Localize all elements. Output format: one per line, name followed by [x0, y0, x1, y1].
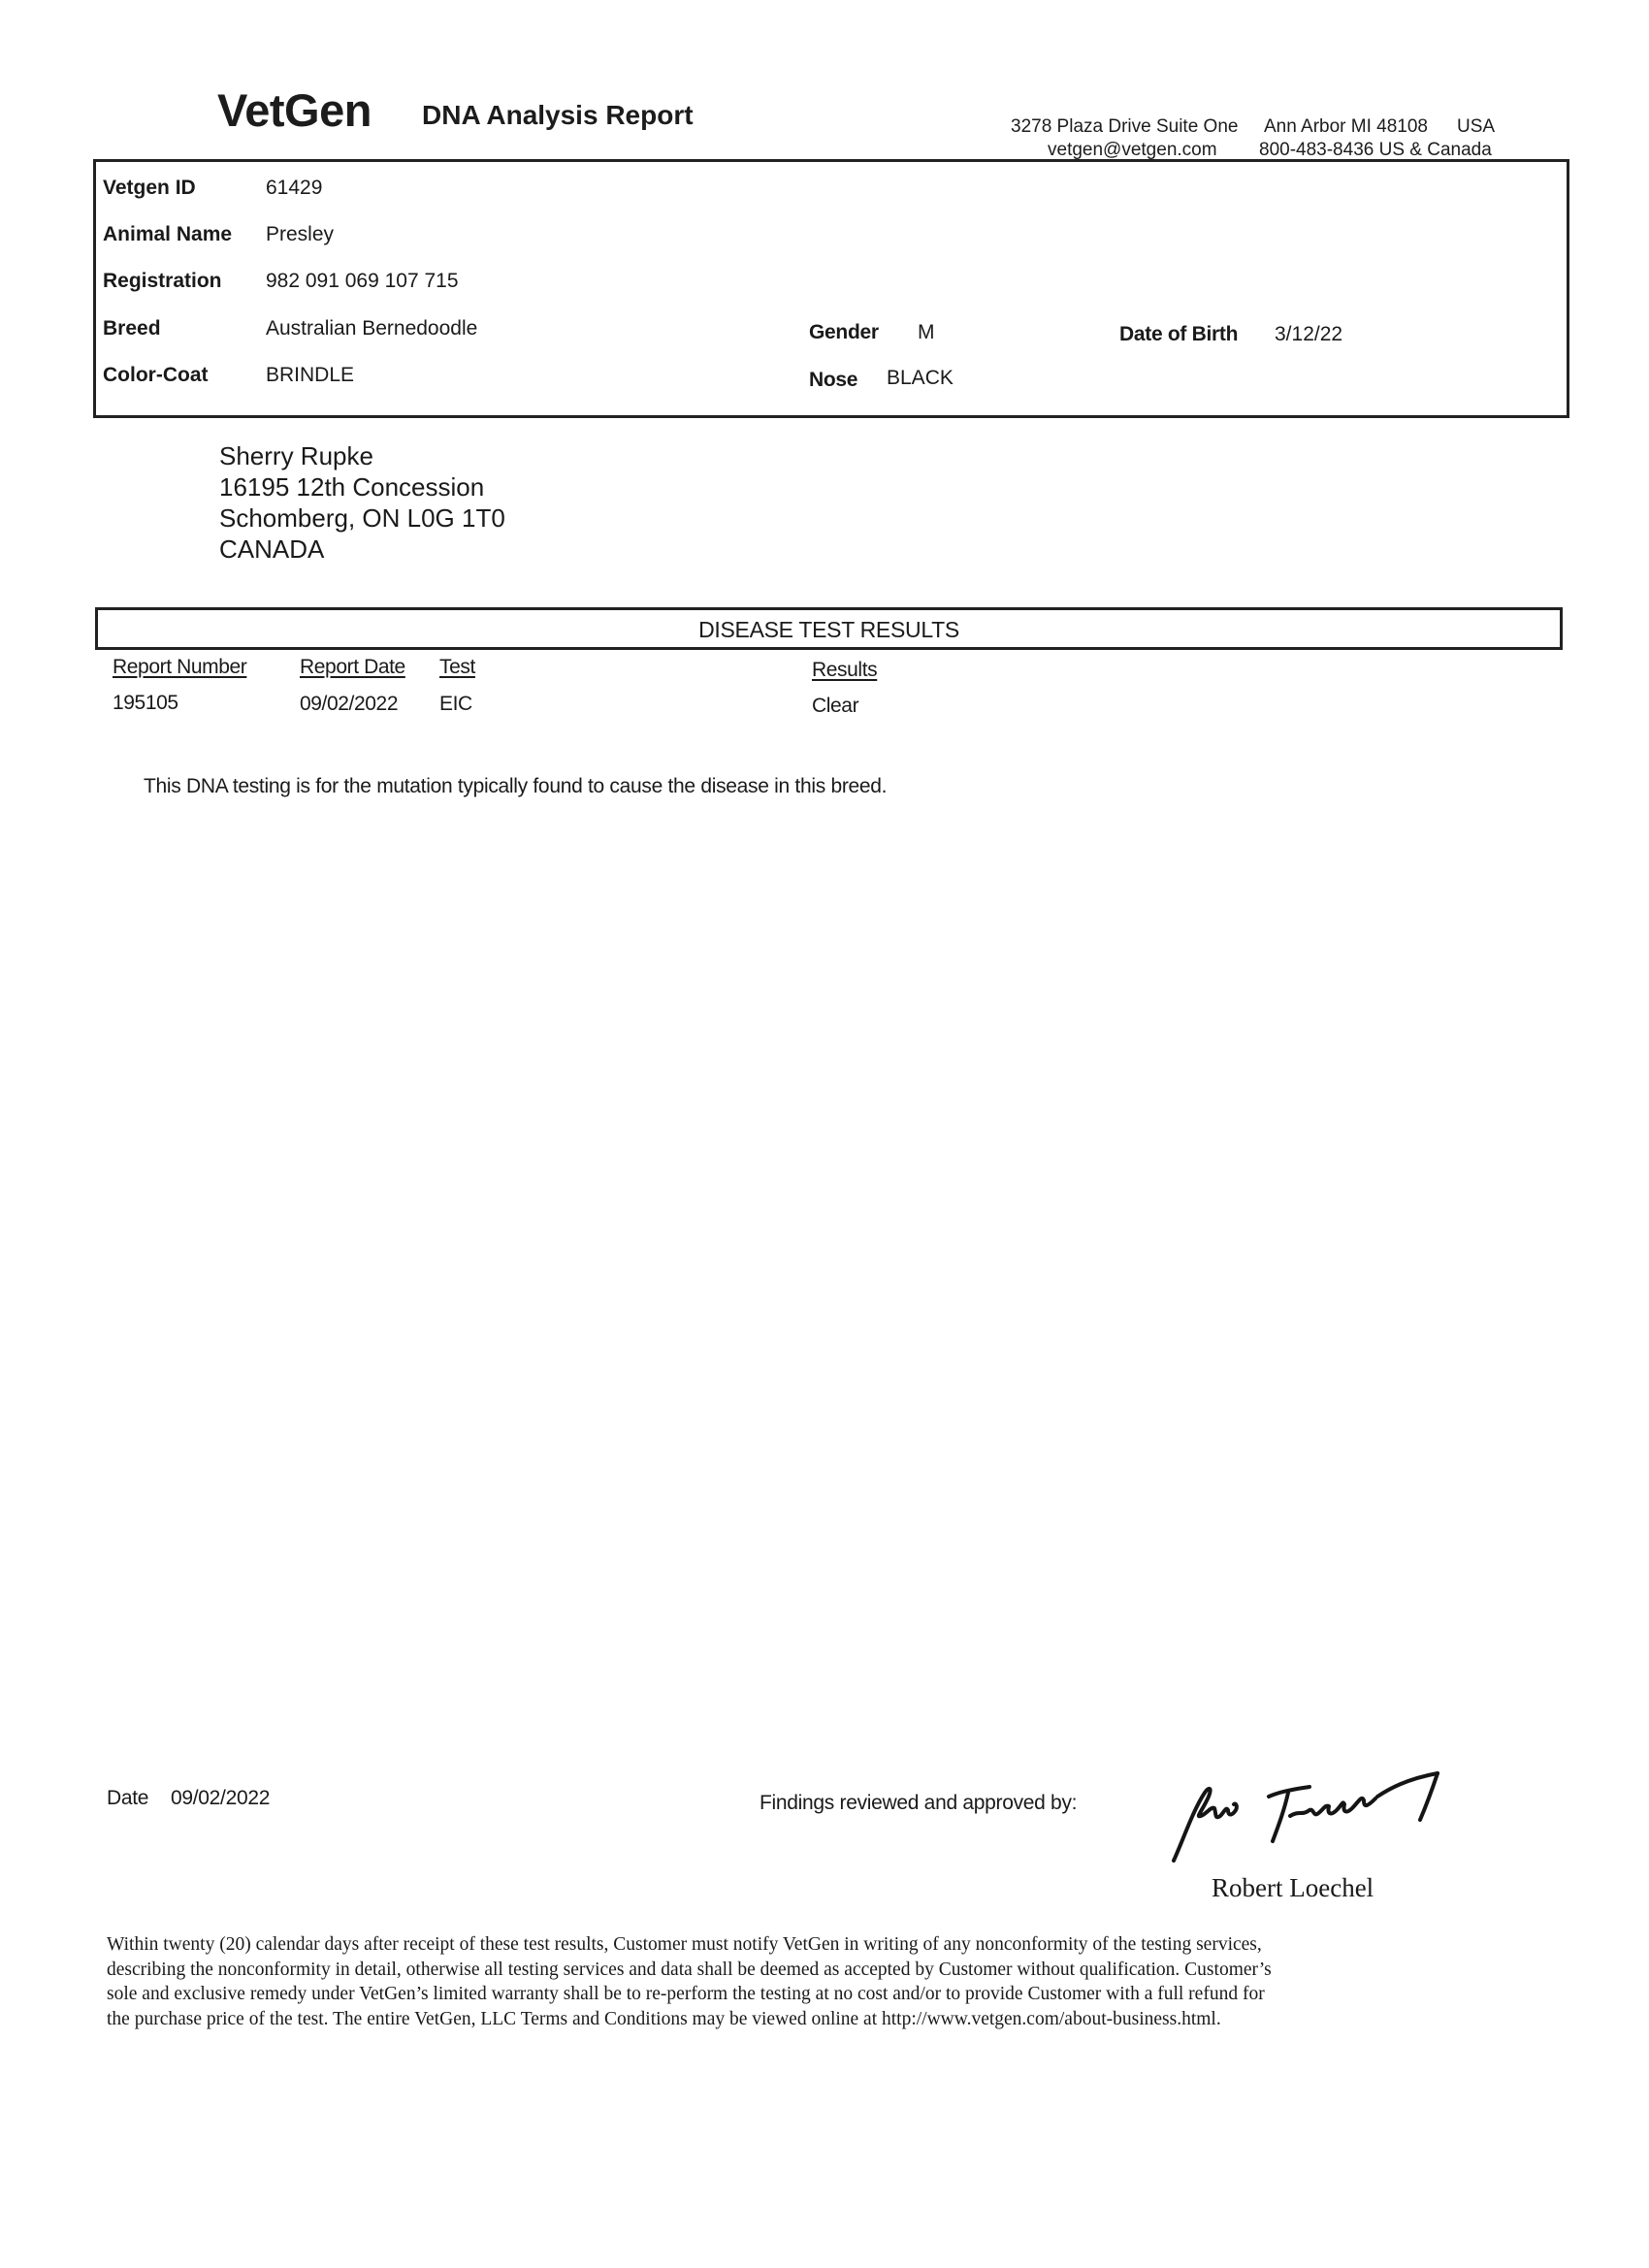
nose-value: BLACK — [887, 367, 954, 390]
report-number-value: 195105 — [113, 692, 178, 715]
registration-value: 982 091 069 107 715 — [266, 270, 459, 293]
vetgen-id-label: Vetgen ID — [103, 177, 196, 200]
company-email: vetgen@vetgen.com — [1048, 140, 1217, 161]
disease-results-header: DISEASE TEST RESULTS — [95, 607, 1563, 650]
color-coat-value: BRINDLE — [266, 364, 354, 387]
testing-note: This DNA testing is for the mutation typ… — [144, 775, 887, 798]
color-coat-label: Color-Coat — [103, 364, 209, 387]
report-title: DNA Analysis Report — [422, 100, 694, 131]
date-value: 09/02/2022 — [171, 1787, 270, 1810]
nose-label: Nose — [809, 369, 857, 392]
approved-by-label: Findings reviewed and approved by: — [760, 1792, 1077, 1815]
disclaimer-line: sole and exclusive remedy under VetGen’s… — [107, 1982, 1406, 2007]
gender-value: M — [918, 321, 935, 344]
disclaimer: Within twenty (20) calendar days after r… — [107, 1932, 1406, 2032]
disclaimer-line: the purchase price of the test. The enti… — [107, 2007, 1406, 2032]
col-test: Test — [439, 656, 475, 679]
company-country: USA — [1457, 116, 1495, 138]
registration-label: Registration — [103, 270, 222, 293]
dob-label: Date of Birth — [1119, 323, 1238, 346]
vetgen-id-value: 61429 — [266, 177, 322, 200]
gender-label: Gender — [809, 321, 879, 344]
disease-results-title: DISEASE TEST RESULTS — [98, 617, 1560, 643]
company-phone: 800-483-8436 US & Canada — [1259, 140, 1492, 161]
vetgen-logo: VetGen — [217, 83, 372, 137]
disclaimer-line: Within twenty (20) calendar days after r… — [107, 1932, 1406, 1958]
owner-name: Sherry Rupke — [219, 441, 373, 471]
col-report-number: Report Number — [113, 656, 246, 679]
disclaimer-line: describing the nonconformity in detail, … — [107, 1958, 1406, 1983]
test-value: EIC — [439, 693, 472, 716]
signer-name: Robert Loechel — [1212, 1873, 1374, 1903]
report-date-value: 09/02/2022 — [300, 693, 398, 716]
dob-value: 3/12/22 — [1275, 323, 1342, 346]
owner-country: CANADA — [219, 535, 324, 565]
owner-street: 16195 12th Concession — [219, 472, 484, 502]
signature-image — [1164, 1771, 1445, 1868]
breed-label: Breed — [103, 317, 161, 340]
col-report-date: Report Date — [300, 656, 405, 679]
result-value: Clear — [812, 695, 858, 718]
date-label: Date — [107, 1787, 148, 1810]
animal-name-value: Presley — [266, 223, 334, 246]
animal-name-label: Animal Name — [103, 223, 232, 246]
breed-value: Australian Bernedoodle — [266, 317, 477, 340]
owner-city: Schomberg, ON L0G 1T0 — [219, 503, 505, 534]
col-results: Results — [812, 659, 877, 682]
company-street: 3278 Plaza Drive Suite One — [1011, 116, 1238, 138]
company-city: Ann Arbor MI 48108 — [1264, 116, 1428, 138]
